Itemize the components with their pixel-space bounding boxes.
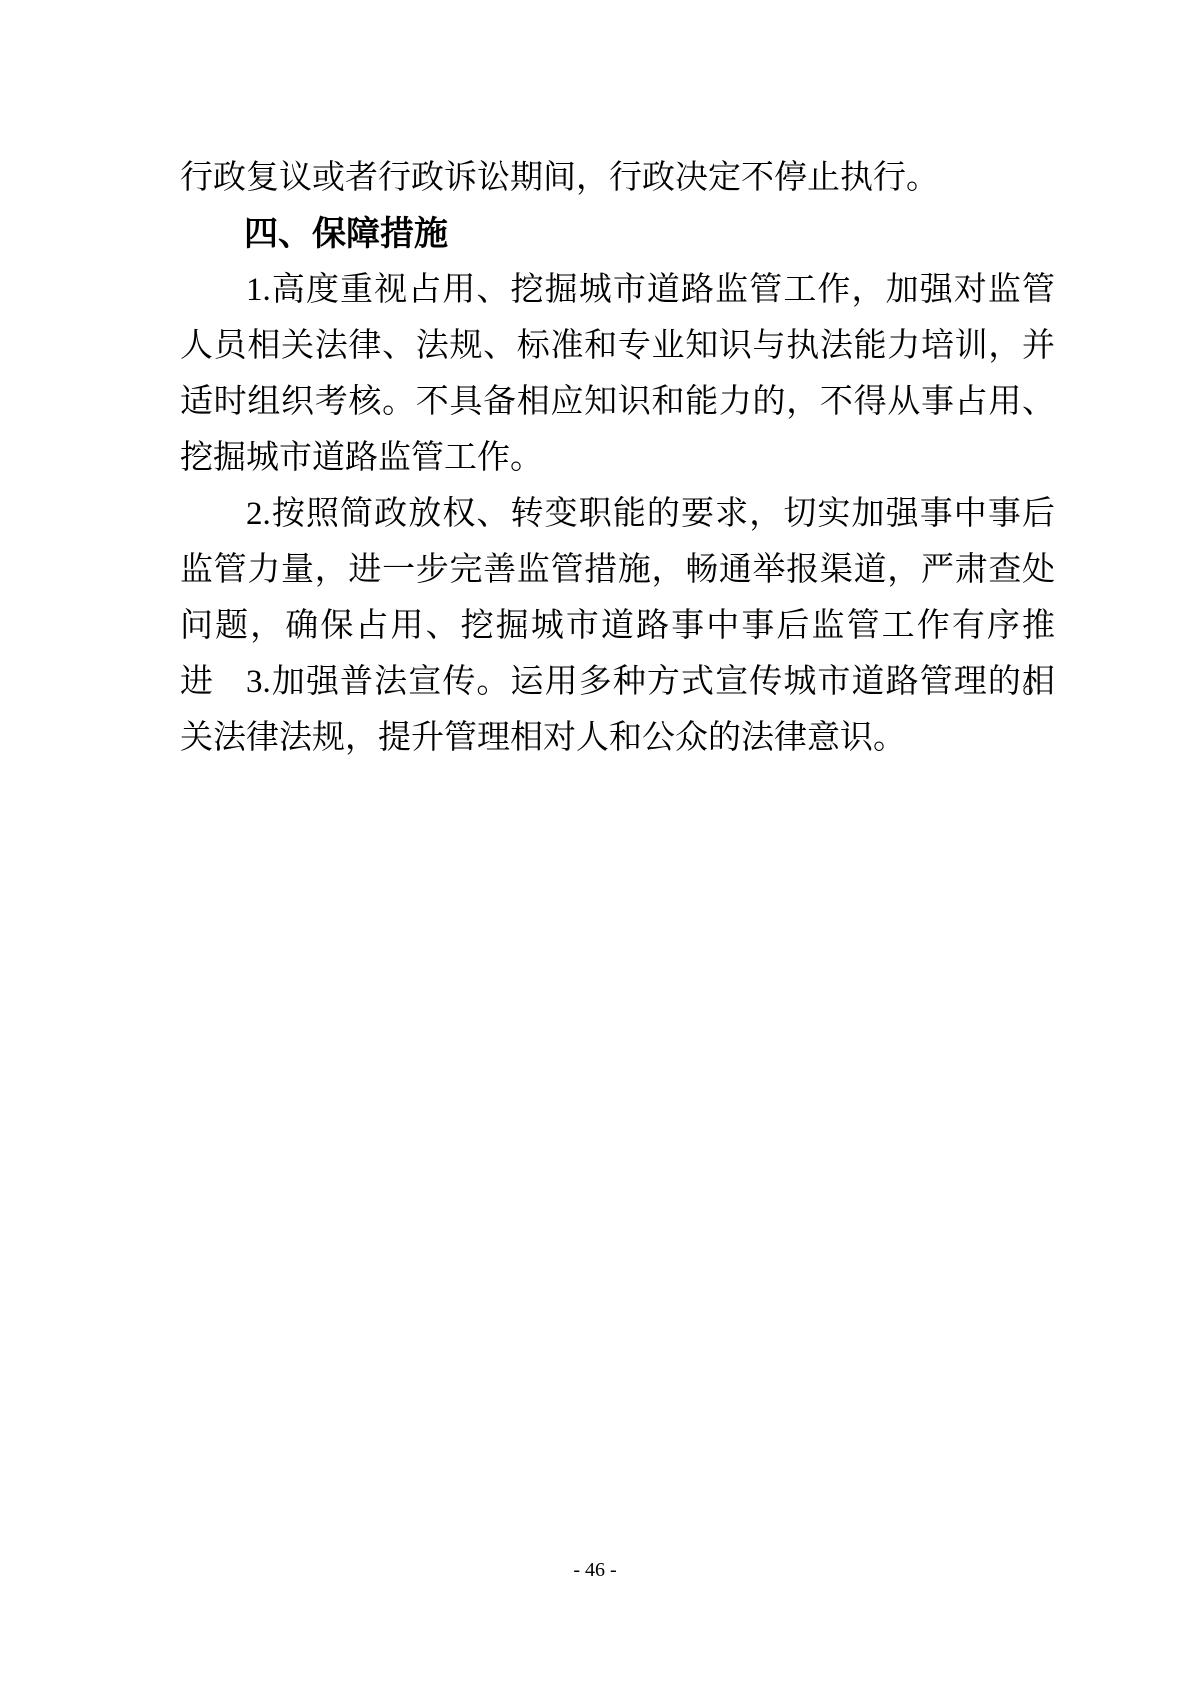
paragraph-1-line-4: 挖掘城市道路监管工作。 [180,430,1055,486]
document-page: 行政复议或者行政诉讼期间，行政决定不停止执行。 四、保障措施 1.高度重视占用、… [0,0,1190,1683]
paragraph-continuation-line: 行政复议或者行政诉讼期间，行政决定不停止执行。 [180,150,1055,206]
document-body: 行政复议或者行政诉讼期间，行政决定不停止执行。 四、保障措施 1.高度重视占用、… [180,150,1055,766]
paragraph-3-line-2: 关法律法规，提升管理相对人和公众的法律意识。 [180,710,1055,766]
paragraph-3-line-1: 3.加强普法宣传。运用多种方式宣传城市道路管理的相 [180,654,1055,710]
page-number: - 46 - [0,1556,1190,1584]
paragraph-1-line-1: 1.高度重视占用、挖掘城市道路监管工作，加强对监管 [180,262,1055,318]
paragraph-2-line-1: 2.按照简政放权、转变职能的要求，切实加强事中事后 [180,486,1055,542]
paragraph-1-line-3: 适时组织考核。不具备相应知识和能力的，不得从事占用、 [180,374,1055,430]
paragraph-1-line-2: 人员相关法律、法规、标准和专业知识与执法能力培训，并 [180,318,1055,374]
paragraph-2-line-2: 监管力量，进一步完善监管措施，畅通举报渠道，严肃查处 [180,542,1055,598]
paragraph-2-line-3: 问题，确保占用、挖掘城市道路事中事后监管工作有序推进。 [180,598,1055,654]
section-heading: 四、保障措施 [180,206,1055,262]
